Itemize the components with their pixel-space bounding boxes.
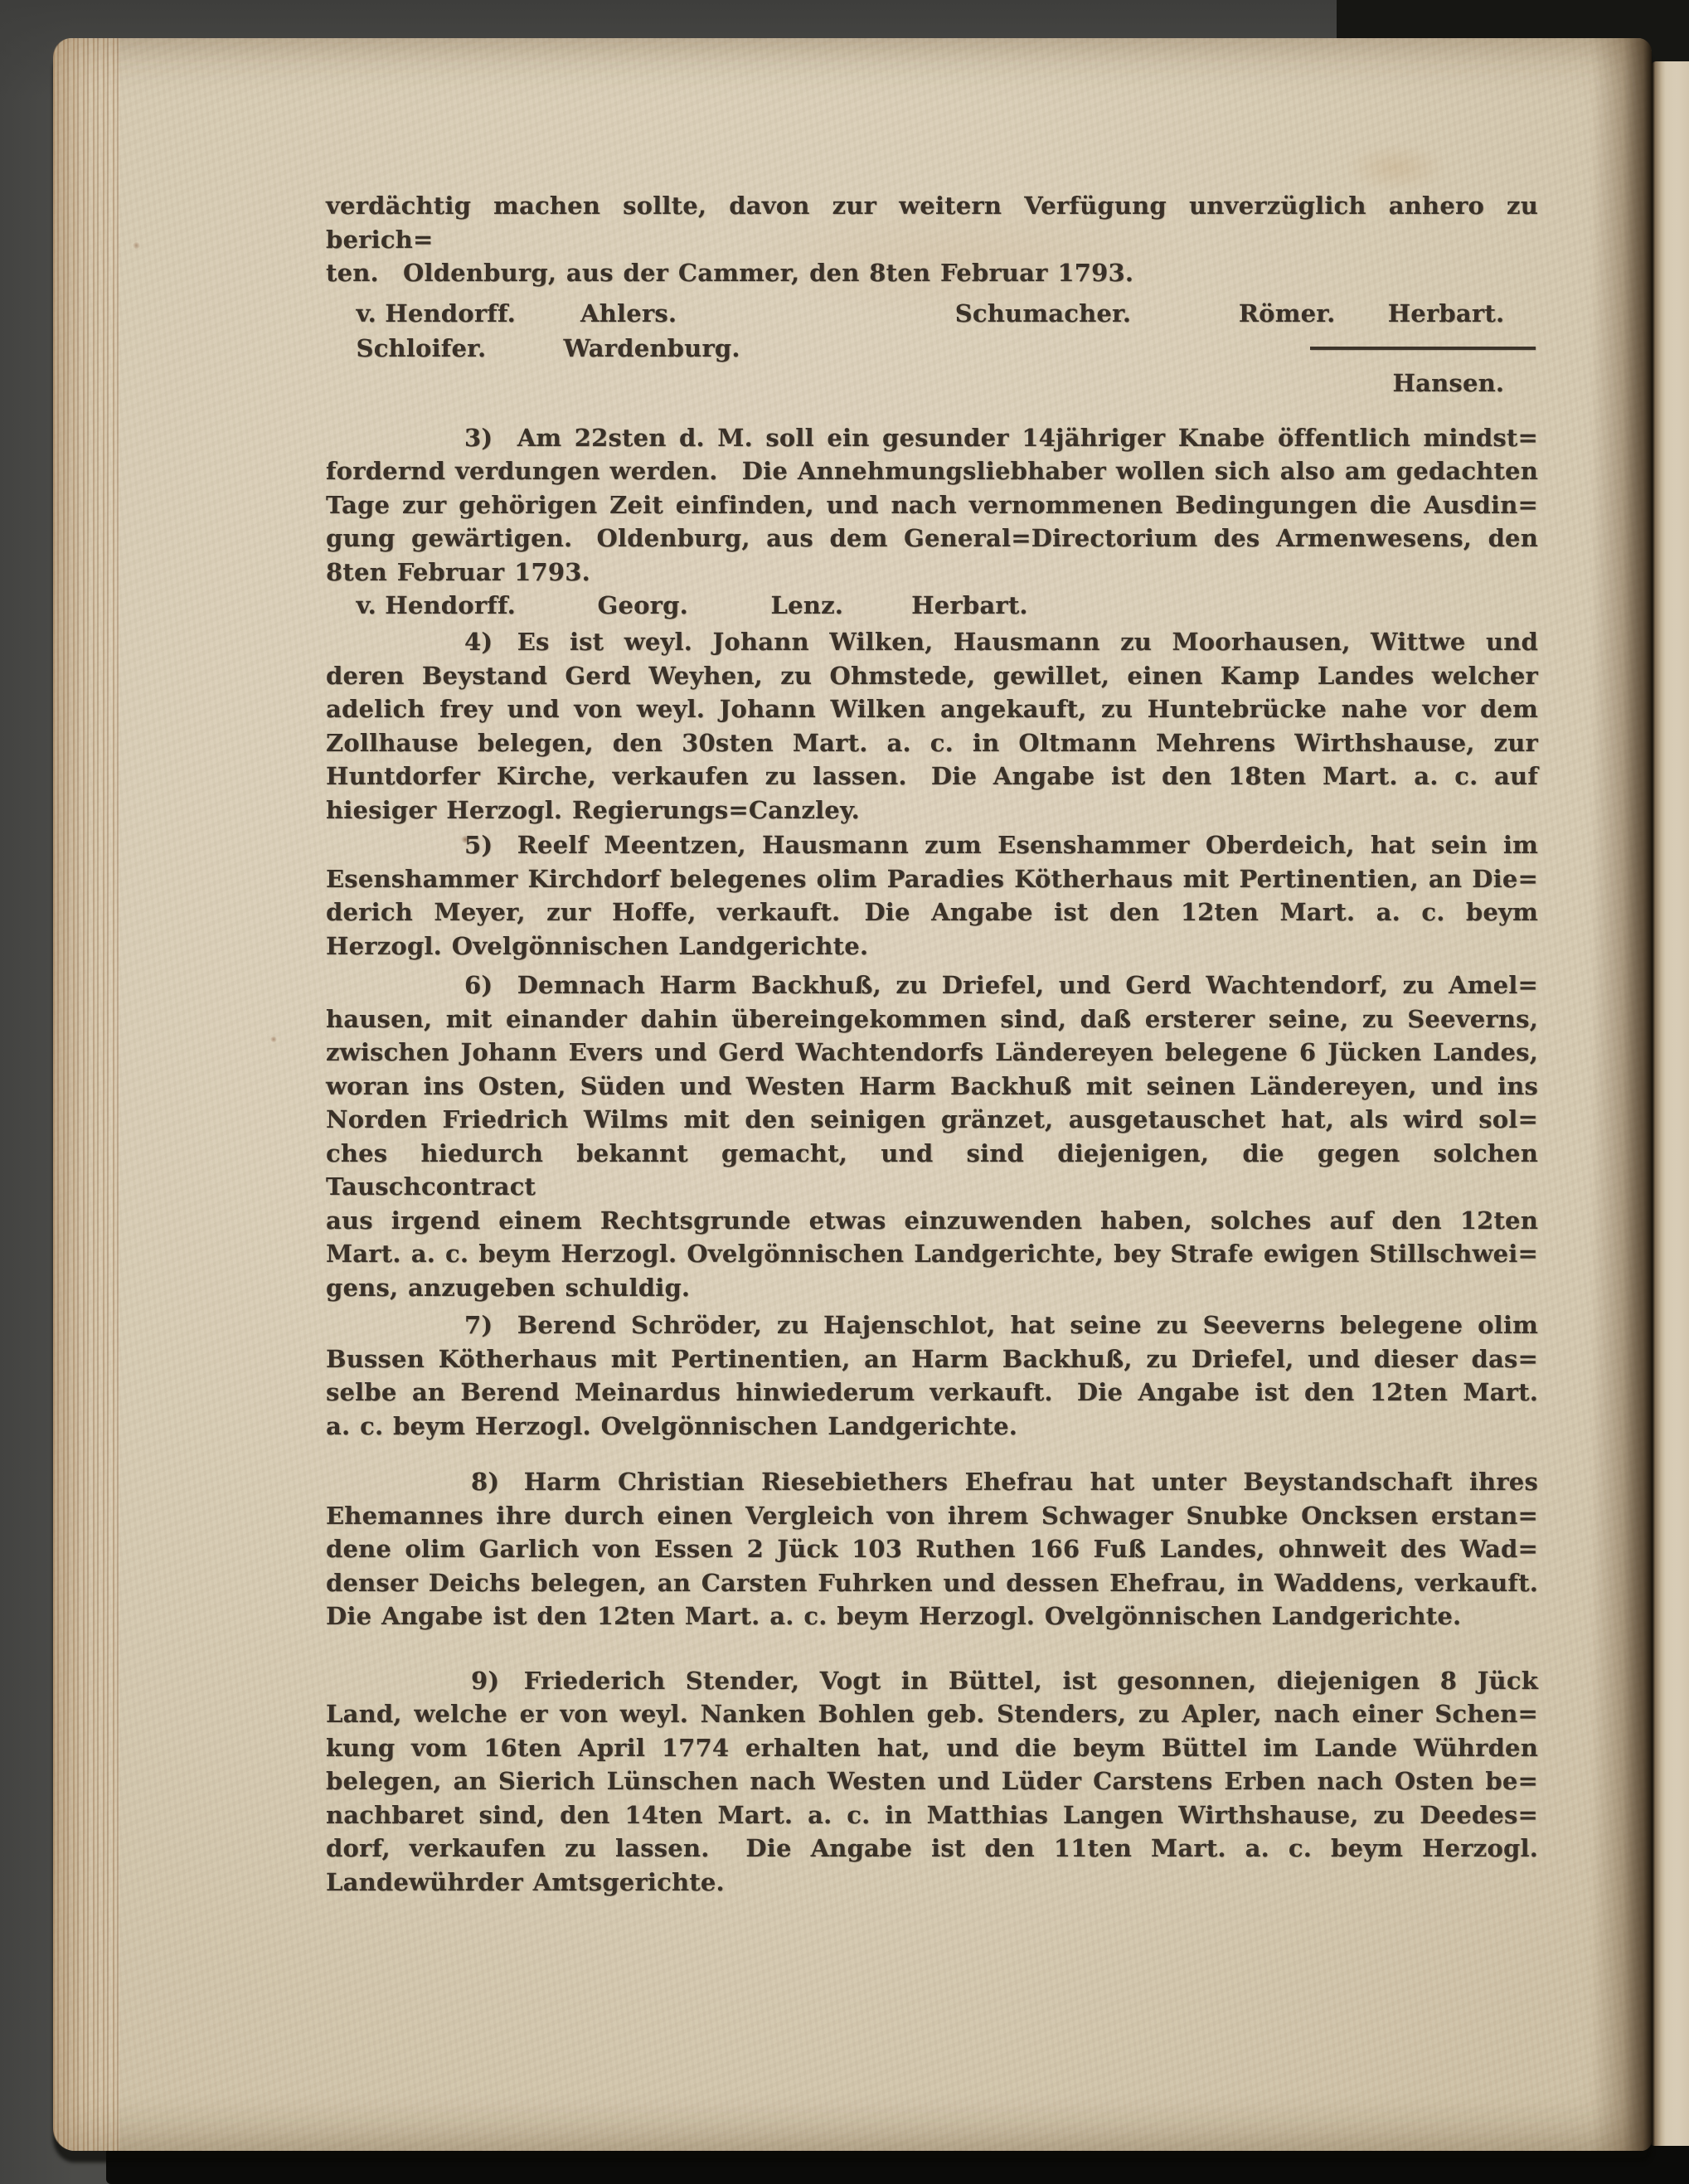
paragraph: 5) Reelf Meentzen, Hausmann zum Esensham… — [326, 828, 1538, 963]
text-line: kung vom 16ten April 1774 erhalten hat, … — [326, 1731, 1538, 1765]
text-line: Huntdorfer Kirche, verkaufen zu lassen. … — [326, 760, 1538, 794]
text-line: Herzogl. Ovelgönnischen Landgerichte. — [326, 929, 1538, 963]
signature-row: Hansen. — [326, 366, 1538, 401]
text-line: Ehemannes ihre durch einen Vergleich von… — [326, 1499, 1538, 1533]
text-line: dorf, verkaufen zu lassen. Die Angabe is… — [326, 1832, 1538, 1866]
text-line: Esenshammer Kirchdorf belegenes olim Par… — [326, 862, 1538, 896]
page-text: verdächtig machen sollte, davon zur weit… — [326, 189, 1538, 1899]
text-line: Die Angabe ist den 12ten Mart. a. c. bey… — [326, 1599, 1538, 1633]
signature-name: Schumacher. — [955, 297, 1131, 331]
text-line: dene olim Garlich von Essen 2 Jück 103 R… — [326, 1532, 1538, 1566]
signature-name: Römer. — [1239, 297, 1336, 331]
paper-stain — [270, 1036, 277, 1042]
text-line: denser Deichs belegen, an Carsten Fuhrke… — [326, 1566, 1538, 1600]
paragraph: 9) Friederich Stender, Vogt in Büttel, i… — [326, 1664, 1538, 1900]
text-line: verdächtig machen sollte, davon zur weit… — [326, 189, 1538, 256]
text-line: 3) Am 22sten d. M. soll ein gesunder 14j… — [326, 421, 1538, 455]
book-scan: verdächtig machen sollte, davon zur weit… — [0, 0, 1689, 2184]
signature-name: v. Hendorff. — [357, 589, 516, 623]
text-line: Zollhause belegen, den 30sten Mart. a. c… — [326, 726, 1538, 760]
text-line: fordernd verdungen werden. Die Annehmung… — [326, 454, 1538, 488]
text-line: 9) Friederich Stender, Vogt in Büttel, i… — [326, 1664, 1538, 1698]
text-line: hiesiger Herzogl. Regierungs=Canzley. — [326, 794, 1538, 827]
text-line: hausen, mit einander dahin übereingekomm… — [326, 1002, 1538, 1036]
text-line: ches hiedurch bekannt gemacht, und sind … — [326, 1137, 1538, 1204]
text-line: Landewührder Amtsgerichte. — [326, 1866, 1538, 1900]
text-line: woran ins Osten, Süden und Westen Harm B… — [326, 1070, 1538, 1104]
text-line: gens, anzugeben schuldig. — [326, 1271, 1538, 1305]
signature-name: Ahlers. — [580, 297, 677, 331]
paper-stain — [1347, 144, 1446, 191]
text-line: derich Meyer, zur Hoffe, verkauft. Die A… — [326, 895, 1538, 929]
paragraph: verdächtig machen sollte, davon zur weit… — [326, 189, 1538, 290]
gutter-shadow — [1592, 38, 1652, 2151]
text-line: 6) Demnach Harm Backhuß, zu Driefel, und… — [326, 968, 1538, 1002]
paper-stain — [133, 242, 140, 249]
text-line: gung gewärtigen. Oldenburg, aus dem Gene… — [326, 522, 1538, 556]
signature-name: Lenz. — [771, 589, 844, 623]
text-line: Mart. a. c. beym Herzogl. Ovelgönnischen… — [326, 1237, 1538, 1271]
signature-name: Herbart. — [1388, 297, 1505, 331]
paragraph: 3) Am 22sten d. M. soll ein gesunder 14j… — [326, 421, 1538, 590]
text-line: a. c. beym Herzogl. Ovelgönnischen Landg… — [326, 1410, 1538, 1444]
text-line: adelich frey und von weyl. Johann Wilken… — [326, 692, 1538, 726]
text-line: Tage zur gehörigen Zeit einfinden, und n… — [326, 488, 1538, 522]
text-line: nachbaret sind, den 14ten Mart. a. c. in… — [326, 1798, 1538, 1832]
text-line: Norden Friedrich Wilms mit den seinigen … — [326, 1103, 1538, 1137]
signature-row: v. Hendorff.Ahlers.Schumacher.Römer.Herb… — [326, 297, 1538, 332]
signature-separator-rule — [1310, 347, 1536, 350]
text-line: zwischen Johann Evers und Gerd Wachtendo… — [326, 1036, 1538, 1070]
text-line: selbe an Berend Meinardus hinwiederum ve… — [326, 1376, 1538, 1410]
text-line: 8) Harm Christian Riesebiethers Ehefrau … — [326, 1465, 1538, 1499]
text-line: ten. Oldenburg, aus der Cammer, den 8ten… — [326, 256, 1538, 290]
text-line: deren Beystand Gerd Weyhen, zu Ohmstede,… — [326, 659, 1538, 693]
signature-name: Hansen. — [1393, 366, 1505, 400]
signature-name: Wardenburg. — [564, 332, 740, 366]
text-line: belegen, an Sierich Lünschen nach Westen… — [326, 1764, 1538, 1798]
adjacent-page-edge — [1650, 61, 1689, 2146]
text-line: 8ten Februar 1793. — [326, 556, 1538, 590]
text-line: Bussen Kötherhaus mit Pertinentien, an H… — [326, 1342, 1538, 1376]
text-line: 7) Berend Schröder, zu Hajenschlot, hat … — [326, 1308, 1538, 1342]
signature-row: v. Hendorff.Georg.Lenz.Herbart. — [326, 589, 1538, 624]
text-line: aus irgend einem Rechtsgrunde etwas einz… — [326, 1204, 1538, 1238]
text-line: Land, welche er von weyl. Nanken Bohlen … — [326, 1697, 1538, 1731]
text-line: 4) Es ist weyl. Johann Wilken, Hausmann … — [326, 625, 1538, 659]
book-page: verdächtig machen sollte, davon zur weit… — [53, 38, 1652, 2151]
paragraph: 4) Es ist weyl. Johann Wilken, Hausmann … — [326, 625, 1538, 827]
paragraph: 8) Harm Christian Riesebiethers Ehefrau … — [326, 1465, 1538, 1633]
page-edge-stack — [53, 38, 119, 2151]
signature-name: Herbart. — [911, 589, 1028, 623]
signature-row: Schloifer.Wardenburg. — [326, 332, 1538, 366]
signature-name: Georg. — [597, 589, 687, 623]
paragraph: 7) Berend Schröder, zu Hajenschlot, hat … — [326, 1308, 1538, 1443]
paragraph: 6) Demnach Harm Backhuß, zu Driefel, und… — [326, 968, 1538, 1304]
text-line: 5) Reelf Meentzen, Hausmann zum Esensham… — [326, 828, 1538, 862]
signature-name: v. Hendorff. — [357, 297, 516, 331]
signature-name: Schloifer. — [357, 332, 487, 366]
